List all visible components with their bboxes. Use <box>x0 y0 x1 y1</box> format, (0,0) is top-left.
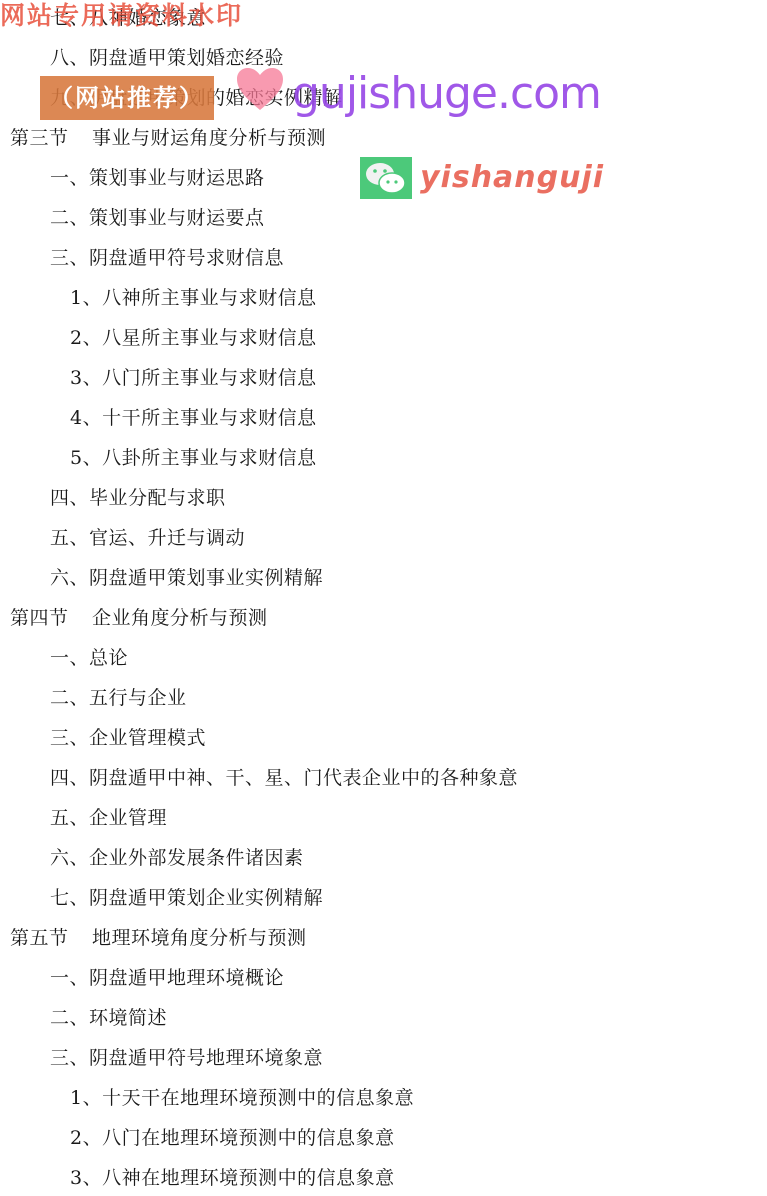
section-number: 第四节 <box>10 606 92 630</box>
toc-item: 三、阴盘遁甲符号地理环境象意 <box>50 1046 323 1070</box>
toc-item: 一、策划事业与财运思路 <box>50 166 265 190</box>
watermark-recommend-badge: （网站推荐） <box>40 76 214 120</box>
toc-subitem: 5、八卦所主事业与求财信息 <box>70 446 317 470</box>
toc-subitem: 3、八神在地理环境预测中的信息象意 <box>70 1166 395 1190</box>
toc-text: 地理环境角度分析与预测 <box>92 927 307 949</box>
toc-item: 五、官运、升迁与调动 <box>50 526 245 550</box>
toc-text: 1、十天干在地理环境预测中的信息象意 <box>70 1087 414 1109</box>
toc-item: 三、企业管理模式 <box>50 726 206 750</box>
toc-text: 3、八门所主事业与求财信息 <box>70 367 317 389</box>
toc-subitem: 1、十天干在地理环境预测中的信息象意 <box>70 1086 414 1110</box>
toc-text: 一、策划事业与财运思路 <box>50 167 265 189</box>
toc-subitem: 3、八门所主事业与求财信息 <box>70 366 317 390</box>
section-number: 第五节 <box>10 926 92 950</box>
toc-item: 二、策划事业与财运要点 <box>50 206 265 230</box>
toc-item: 四、毕业分配与求职 <box>50 486 226 510</box>
toc-text: 七、阴盘遁甲策划企业实例精解 <box>50 887 323 909</box>
toc-item: 一、总论 <box>50 646 128 670</box>
heart-icon <box>235 66 285 112</box>
toc-text: 三、企业管理模式 <box>50 727 206 749</box>
toc-section-heading: 第四节企业角度分析与预测 <box>10 606 268 630</box>
watermark-site-url: gujishuge.com <box>292 66 601 122</box>
toc-item: 三、阴盘遁甲符号求财信息 <box>50 246 284 270</box>
toc-subitem: 2、八门在地理环境预测中的信息象意 <box>70 1126 395 1150</box>
watermark-wechat-id: yishanguji <box>420 160 604 196</box>
toc-subitem: 4、十干所主事业与求财信息 <box>70 406 317 430</box>
wechat-icon <box>360 157 412 199</box>
toc-text: 1、八神所主事业与求财信息 <box>70 287 317 309</box>
toc-text: 一、总论 <box>50 647 128 669</box>
toc-text: 一、阴盘遁甲地理环境概论 <box>50 967 284 989</box>
toc-text: 三、阴盘遁甲符号地理环境象意 <box>50 1047 323 1069</box>
toc-text: 事业与财运角度分析与预测 <box>92 127 326 149</box>
toc-text: 二、环境简述 <box>50 1007 167 1029</box>
toc-text: 企业角度分析与预测 <box>92 607 268 629</box>
toc-text: 四、毕业分配与求职 <box>50 487 226 509</box>
toc-text: 2、八门在地理环境预测中的信息象意 <box>70 1127 395 1149</box>
toc-item: 五、企业管理 <box>50 806 167 830</box>
toc-subitem: 1、八神所主事业与求财信息 <box>70 286 317 310</box>
toc-text: 六、阴盘遁甲策划事业实例精解 <box>50 567 323 589</box>
toc-text: 3、八神在地理环境预测中的信息象意 <box>70 1167 395 1189</box>
toc-text: 六、企业外部发展条件诸因素 <box>50 847 304 869</box>
toc-section-heading: 第三节事业与财运角度分析与预测 <box>10 126 326 150</box>
toc-text: 四、阴盘遁甲中神、干、星、门代表企业中的各种象意 <box>50 767 518 789</box>
toc-section-heading: 第五节地理环境角度分析与预测 <box>10 926 307 950</box>
toc-item: 六、阴盘遁甲策划事业实例精解 <box>50 566 323 590</box>
toc-text: 二、五行与企业 <box>50 687 187 709</box>
toc-subitem: 2、八星所主事业与求财信息 <box>70 326 317 350</box>
toc-item: 一、阴盘遁甲地理环境概论 <box>50 966 284 990</box>
toc-item: 六、企业外部发展条件诸因素 <box>50 846 304 870</box>
toc-item: 二、环境简述 <box>50 1006 167 1030</box>
toc-text: 5、八卦所主事业与求财信息 <box>70 447 317 469</box>
toc-text: 4、十干所主事业与求财信息 <box>70 407 317 429</box>
section-number: 第三节 <box>10 126 92 150</box>
toc-text: 五、官运、升迁与调动 <box>50 527 245 549</box>
toc-text: 五、企业管理 <box>50 807 167 829</box>
toc-item: 七、阴盘遁甲策划企业实例精解 <box>50 886 323 910</box>
watermark-banner: 网站专用请资料水印 <box>0 0 243 32</box>
toc-item: 四、阴盘遁甲中神、干、星、门代表企业中的各种象意 <box>50 766 518 790</box>
toc-text: 二、策划事业与财运要点 <box>50 207 265 229</box>
toc-item: 二、五行与企业 <box>50 686 187 710</box>
toc-text: 三、阴盘遁甲符号求财信息 <box>50 247 284 269</box>
toc-text: 2、八星所主事业与求财信息 <box>70 327 317 349</box>
